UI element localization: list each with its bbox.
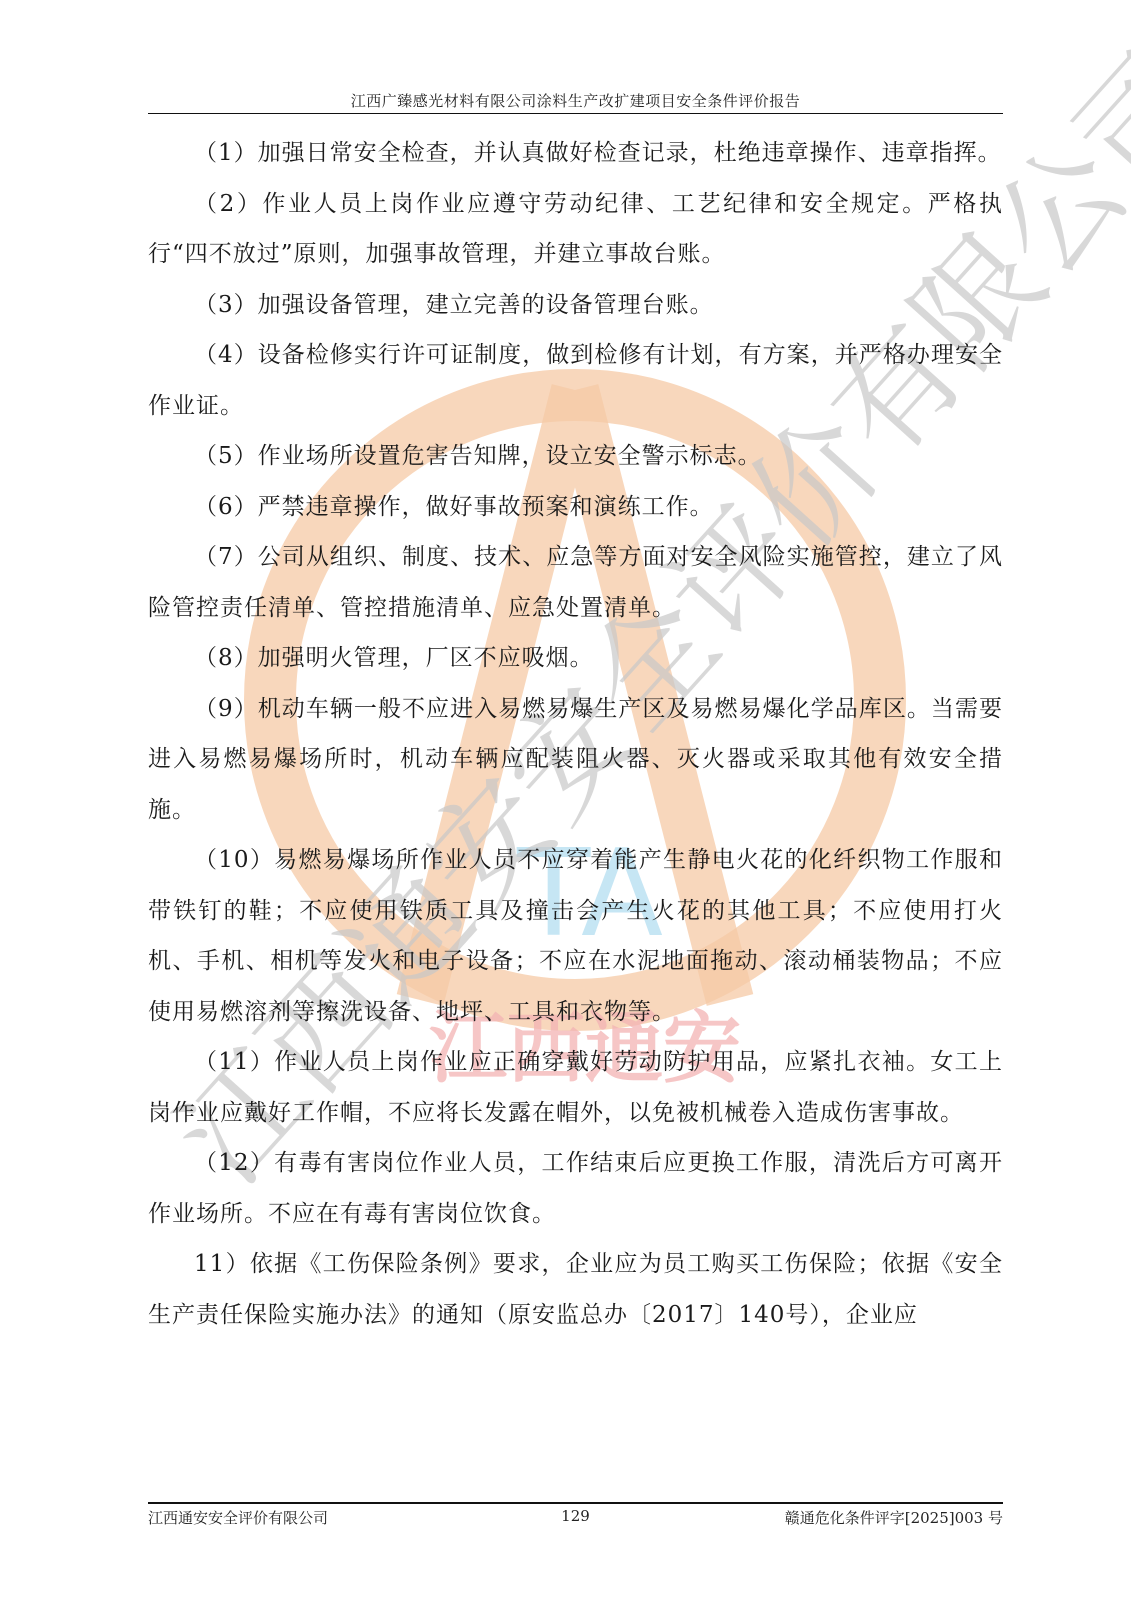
document-body: （1）加强日常安全检查，并认真做好检查记录，杜绝违章操作、违章指挥。 （2）作业… bbox=[148, 128, 1003, 1340]
paragraph: （3）加强设备管理，建立完善的设备管理台账。 bbox=[148, 280, 1003, 331]
paragraph: （12）有毒有害岗位作业人员，工作结束后应更换工作服，清洗后方可离开作业场所。不… bbox=[148, 1138, 1003, 1239]
document-page: TA 江西通安 江西通安安全评价有限公司 江西广臻感光材料有限公司涂料生产改扩建… bbox=[0, 0, 1131, 1600]
paragraph: （9）机动车辆一般不应进入易燃易爆生产区及易燃易爆化学品库区。当需要进入易燃易爆… bbox=[148, 684, 1003, 836]
paragraph: （7）公司从组织、制度、技术、应急等方面对安全风险实施管控，建立了风险管控责任清… bbox=[148, 532, 1003, 633]
paragraph: （1）加强日常安全检查，并认真做好检查记录，杜绝违章操作、违章指挥。 bbox=[148, 128, 1003, 179]
paragraph: （5）作业场所设置危害告知牌，设立安全警示标志。 bbox=[148, 431, 1003, 482]
header-divider bbox=[148, 113, 1003, 114]
footer-doc-number: 赣通危化条件评字[2025]003 号 bbox=[785, 1507, 1003, 1528]
page-header-title: 江西广臻感光材料有限公司涂料生产改扩建项目安全条件评价报告 bbox=[148, 90, 1003, 111]
paragraph: （8）加强明火管理，厂区不应吸烟。 bbox=[148, 633, 1003, 684]
paragraph: （10）易燃易爆场所作业人员不应穿着能产生静电火花的化纤织物工作服和带铁钉的鞋；… bbox=[148, 835, 1003, 1037]
paragraph: （11）作业人员上岗作业应正确穿戴好劳动防护用品，应紧扎衣袖。女工上岗作业应戴好… bbox=[148, 1037, 1003, 1138]
paragraph: 11）依据《工伤保险条例》要求，企业应为员工购买工伤保险；依据《安全生产责任保险… bbox=[148, 1239, 1003, 1340]
paragraph: （6）严禁违章操作，做好事故预案和演练工作。 bbox=[148, 482, 1003, 533]
paragraph: （4）设备检修实行许可证制度，做到检修有计划，有方案，并严格办理安全作业证。 bbox=[148, 330, 1003, 431]
footer-divider bbox=[148, 1502, 1003, 1504]
paragraph: （2）作业人员上岗作业应遵守劳动纪律、工艺纪律和安全规定。严格执行“四不放过”原… bbox=[148, 179, 1003, 280]
